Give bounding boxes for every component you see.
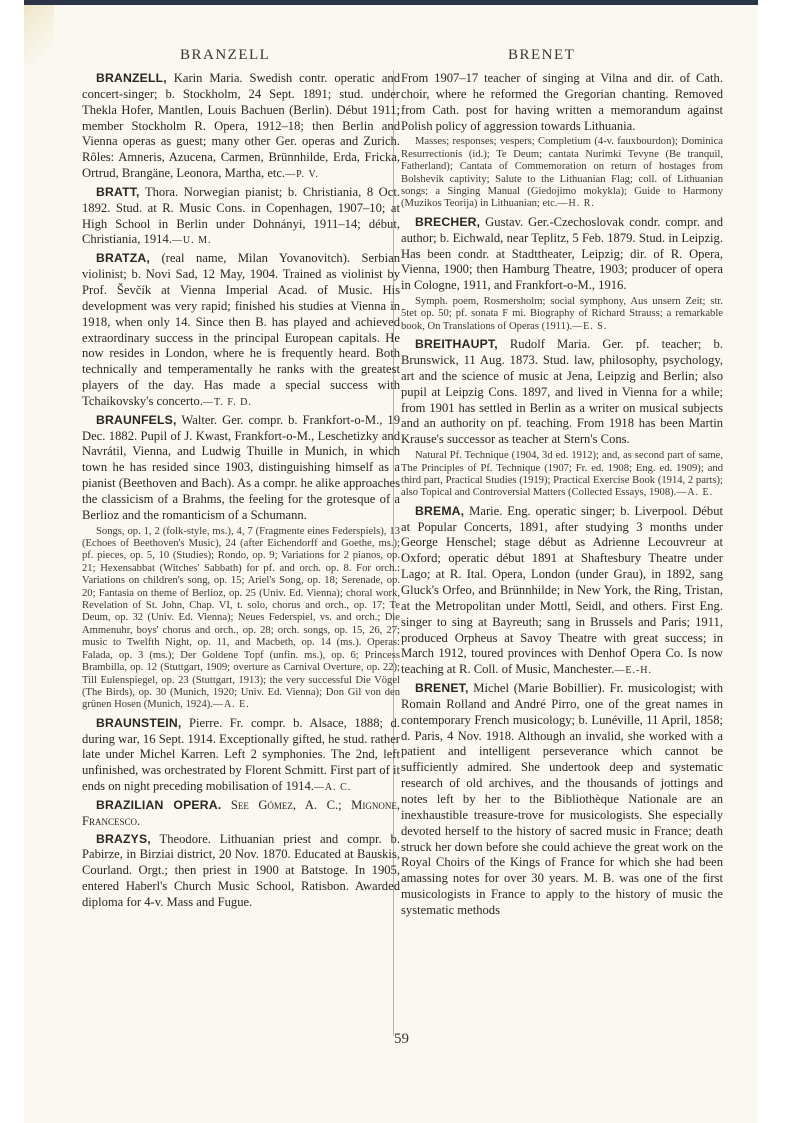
entry-name: Karin Maria. xyxy=(167,71,243,85)
entry-name: Theodore. xyxy=(151,832,211,846)
entry-name: Marie. xyxy=(464,504,502,518)
entry-brazys-continued: From 1907–17 teacher of singing at Vilna… xyxy=(401,71,723,134)
entry-breithaupt: BREITHAUPT, Rudolf Maria. Ger. pf. teach… xyxy=(401,337,723,448)
running-head-right: BRENET xyxy=(508,47,575,64)
works-list-brecher: Symph. poem, Rosmersholm; social symphon… xyxy=(401,296,723,333)
entry-text: Swedish contr. operatic and concert-sing… xyxy=(82,71,400,180)
entry-braunfels: BRAUNFELS, Walter. Ger. compr. b. Frankf… xyxy=(82,413,400,524)
contributor-signature: —A. E. xyxy=(213,699,250,710)
headword: BRANZELL, xyxy=(96,71,167,85)
headword: BRENET, xyxy=(415,681,469,695)
entry-name: Pierre. xyxy=(181,716,222,730)
entry-bratza: BRATZA, (real name, Milan Yovanovitch). … xyxy=(82,251,400,410)
works-text: Songs, op. 1, 2 (folk-style, ms.), 4, 7 … xyxy=(82,526,400,711)
entry-text: (real name, Milan Yovanovitch). Serbian … xyxy=(82,251,400,408)
entry-text: Eng. operatic singer; b. Liverpool. Débu… xyxy=(401,504,723,676)
entry-text: Ger. pf. teacher; b. Brunswick, 11 Aug. … xyxy=(401,337,723,446)
contributor-signature: —E. S. xyxy=(572,321,607,332)
contributor-signature: —T. F. D. xyxy=(203,397,252,408)
entry-brecher: BRECHER, Gustav. Ger.-Czechoslovak condr… xyxy=(401,215,723,294)
entry-brema: BREMA, Marie. Eng. operatic singer; b. L… xyxy=(401,504,723,679)
contributor-signature: —A. E. xyxy=(676,487,713,498)
entry-name: Thora. xyxy=(140,185,179,199)
works-list-brazys: Masses; responses; vespers; Completium (… xyxy=(401,136,723,210)
entry-name: Gustav. xyxy=(480,215,523,229)
headword: BRECHER, xyxy=(415,215,480,229)
contributor-signature: —A. C. xyxy=(314,782,351,793)
headword: BRAZILIAN OPERA. xyxy=(96,798,221,812)
entry-name: Michel (Marie Bobillier). xyxy=(469,681,605,695)
contributor-signature: —U. M. xyxy=(172,235,212,246)
entry-brazilian-opera: BRAZILIAN OPERA. See Gómez, A. C.; Migno… xyxy=(82,798,400,830)
entry-text: Fr. musicologist; with Romain Rolland an… xyxy=(401,681,723,917)
entry-bratt: BRATT, Thora. Norwegian pianist; b. Chri… xyxy=(82,185,400,249)
entry-text: From 1907–17 teacher of singing at Vilna… xyxy=(401,71,723,133)
contributor-signature: —H. R. xyxy=(557,198,594,209)
headword: BREITHAUPT, xyxy=(415,337,498,351)
works-list-breithaupt: Natural Pf. Technique (1904, 3d ed. 1912… xyxy=(401,450,723,500)
left-column: BRANZELL, Karin Maria. Swedish contr. op… xyxy=(82,71,400,913)
contributor-signature: —P. V. xyxy=(285,169,319,180)
works-text: Symph. poem, Rosmersholm; social symphon… xyxy=(401,296,723,332)
entry-braunstein: BRAUNSTEIN, Pierre. Fr. compr. b. Alsace… xyxy=(82,716,400,796)
page-number: 59 xyxy=(394,1031,409,1048)
works-text: Natural Pf. Technique (1904, 3d ed. 1912… xyxy=(401,450,723,498)
headword: BRATT, xyxy=(96,185,140,199)
headword: BRATZA, xyxy=(96,251,150,265)
headword: BRAUNSTEIN, xyxy=(96,716,181,730)
headword: BRAZYS, xyxy=(96,832,151,846)
entry-text: Ger. compr. b. Frankfort-o-M., 19 Dec. 1… xyxy=(82,413,400,522)
running-head-left: BRANZELL xyxy=(180,47,270,64)
entry-name: Walter. xyxy=(177,413,218,427)
entry-branzell: BRANZELL, Karin Maria. Swedish contr. op… xyxy=(82,71,400,183)
entry-brenet: BRENET, Michel (Marie Bobillier). Fr. mu… xyxy=(401,681,723,919)
headword: BREMA, xyxy=(415,504,464,518)
headword: BRAUNFELS, xyxy=(96,413,177,427)
works-list-braunfels: Songs, op. 1, 2 (folk-style, ms.), 4, 7 … xyxy=(82,526,400,712)
contributor-signature: —E.-H. xyxy=(614,665,652,676)
entry-brazys: BRAZYS, Theodore. Lithuanian priest and … xyxy=(82,832,400,911)
right-column: From 1907–17 teacher of singing at Vilna… xyxy=(401,71,723,921)
entry-name: Rudolf Maria. xyxy=(498,337,590,351)
